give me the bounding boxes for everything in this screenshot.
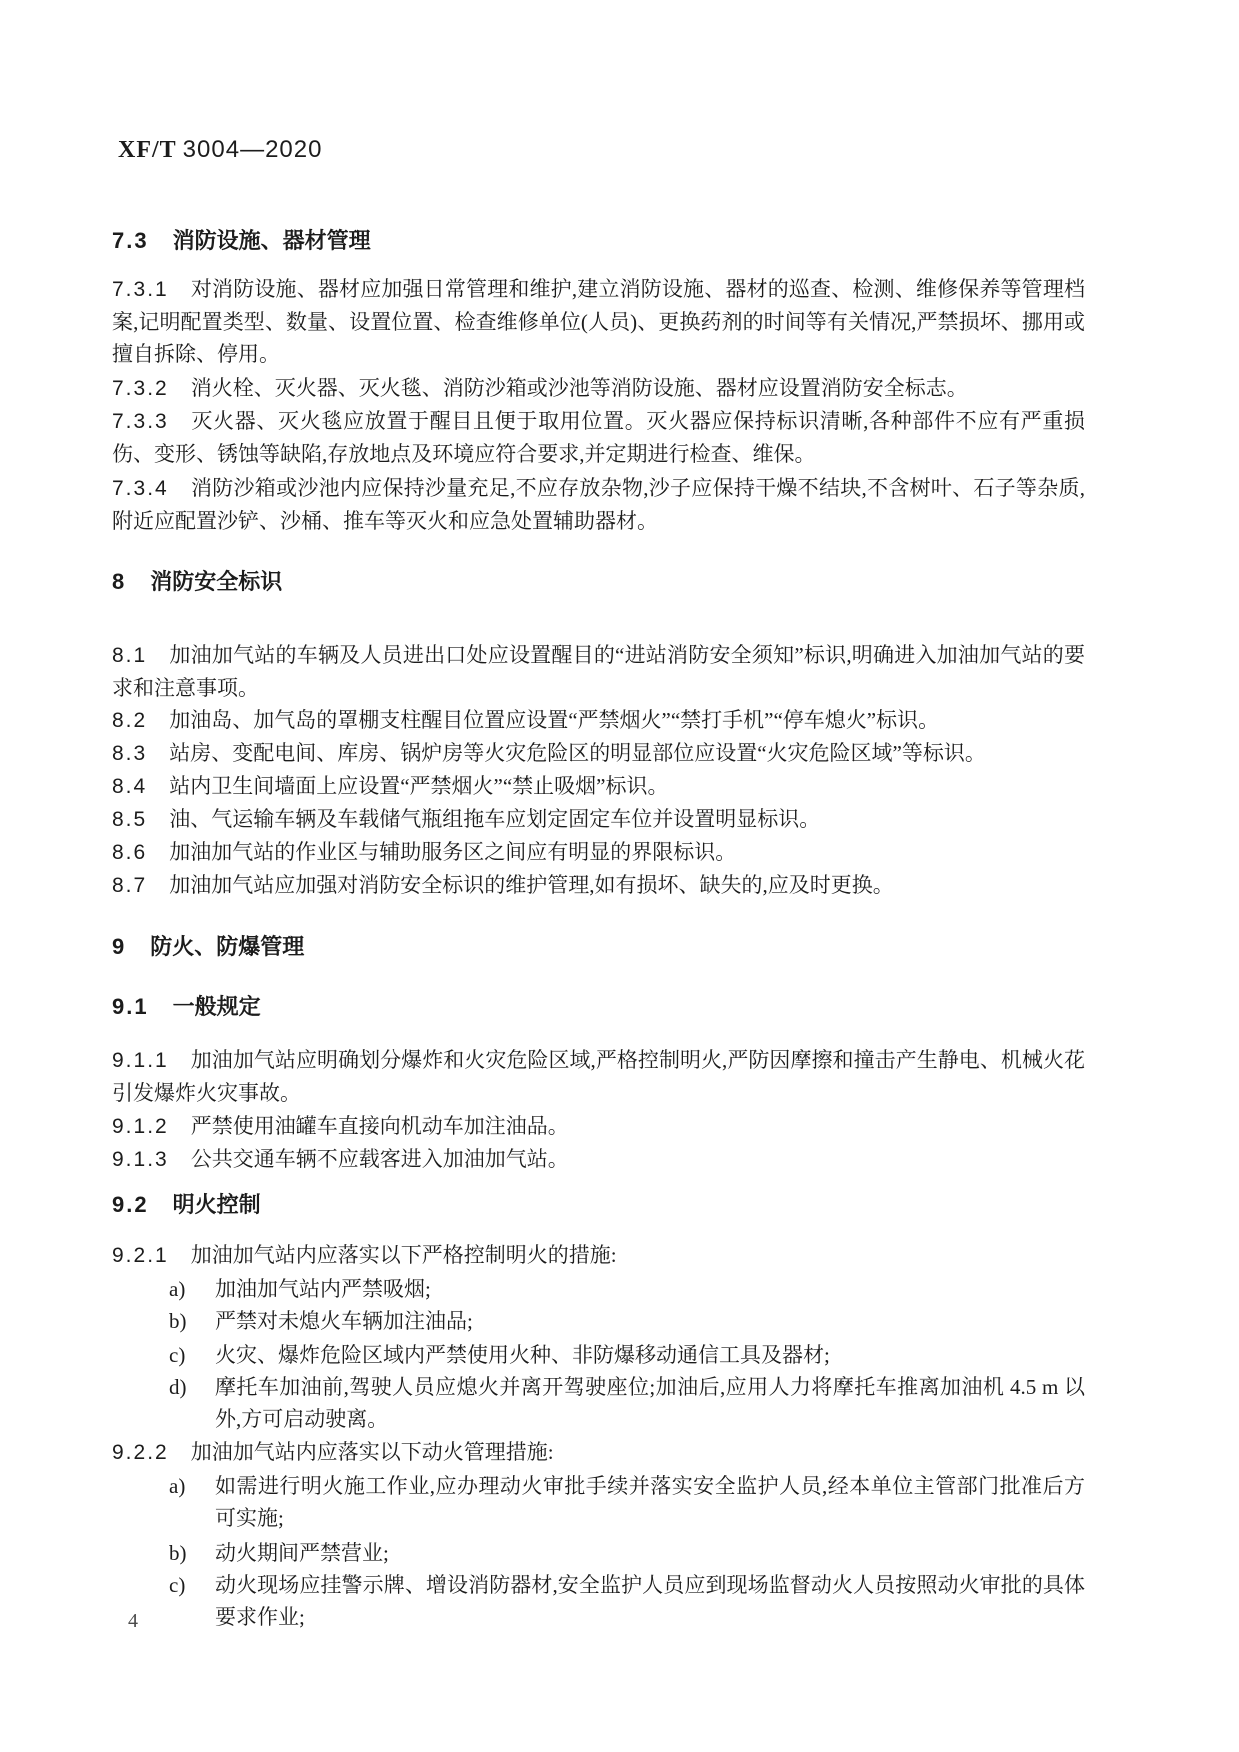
list-item-label: c) (169, 1339, 185, 1371)
clause-9-1-3: 9.1.3公共交通车辆不应载客进入加油加气站。 (112, 1143, 1085, 1176)
list-item-label: d) (169, 1371, 187, 1403)
document-body: 7.3消防设施、器材管理 7.3.1对消防设施、器材应加强日常管理和维护,建立消… (112, 0, 1085, 1633)
section-heading-8: 8消防安全标识 (112, 569, 1085, 595)
clause-number: 8.6 (112, 841, 147, 864)
clause-text: 加油岛、加气岛的罩棚支柱醒目位置应设置“严禁烟火”“禁打手机”“停车熄火”标识。 (169, 708, 939, 732)
clause-number: 9.2.1 (112, 1244, 169, 1267)
clause-9-1-1: 9.1.1加油加气站应明确划分爆炸和火灾危险区域,严格控制明火,严防因摩擦和撞击… (112, 1044, 1085, 1109)
list-item-c2: c)动火现场应挂警示牌、增设消防器材,安全监护人员应到现场监督动火人员按照动火审… (112, 1569, 1085, 1633)
list-item-text: 动火期间严禁营业; (215, 1541, 389, 1565)
clause-text: 加油加气站的作业区与辅助服务区之间应有明显的界限标识。 (169, 840, 736, 864)
section-title: 防火、防爆管理 (150, 934, 304, 959)
list-item-c: c)火灾、爆炸危险区域内严禁使用火种、非防爆移动通信工具及器材; (112, 1339, 1085, 1371)
list-item-a: a)加油加气站内严禁吸烟; (112, 1273, 1085, 1305)
clause-7-3-1: 7.3.1对消防设施、器材应加强日常管理和维护,建立消防设施、器材的巡查、检测、… (112, 273, 1085, 370)
clause-text: 加油加气站内应落实以下动火管理措施: (191, 1440, 554, 1464)
section-number: 8 (112, 569, 126, 595)
section-number: 9 (112, 934, 126, 960)
clause-text: 油、气运输车辆及车载储气瓶组拖车应划定固定车位并设置明显标识。 (169, 807, 820, 831)
subsection-heading-9-1: 9.1一般规定 (112, 994, 1085, 1020)
clause-number: 7.3.2 (112, 377, 169, 400)
clause-9-2-2: 9.2.2加油加气站内应落实以下动火管理措施: (112, 1436, 1085, 1469)
page-number: 4 (128, 1610, 138, 1633)
clause-number: 8.1 (112, 644, 147, 667)
list-item-a2: a)如需进行明火施工作业,应办理动火审批手续并落实安全监护人员,经本单位主管部门… (112, 1470, 1085, 1534)
clause-text: 消火栓、灭火器、灭火毯、消防沙箱或沙池等消防设施、器材应设置消防安全标志。 (191, 376, 968, 400)
clause-text: 加油加气站应明确划分爆炸和火灾危险区域,严格控制明火,严防因摩擦和撞击产生静电、… (112, 1048, 1085, 1105)
clause-number: 8.5 (112, 808, 147, 831)
clause-8-5: 8.5油、气运输车辆及车载储气瓶组拖车应划定固定车位并设置明显标识。 (112, 803, 1085, 836)
clause-number: 8.7 (112, 874, 147, 897)
list-item-label: b) (169, 1537, 187, 1569)
clause-8-4: 8.4站内卫生间墙面上应设置“严禁烟火”“禁止吸烟”标识。 (112, 770, 1085, 803)
section-heading-9: 9防火、防爆管理 (112, 934, 1085, 960)
clause-number: 9.2.2 (112, 1441, 169, 1464)
clause-7-3-3: 7.3.3灭火器、灭火毯应放置于醒目且便于取用位置。灭火器应保持标识清晰,各种部… (112, 405, 1085, 470)
clause-text: 加油加气站的车辆及人员进出口处应设置醒目的“进站消防安全须知”标识,明确进入加油… (112, 643, 1085, 700)
clause-number: 9.1.3 (112, 1148, 169, 1171)
list-item-d: d)摩托车加油前,驾驶人员应熄火并离开驾驶座位;加油后,应用人力将摩托车推离加油… (112, 1371, 1085, 1435)
list-item-text: 严禁对未熄火车辆加注油品; (215, 1309, 473, 1333)
clause-text: 严禁使用油罐车直接向机动车加注油品。 (191, 1114, 569, 1138)
clause-number: 8.3 (112, 742, 147, 765)
list-item-text: 加油加气站内严禁吸烟; (215, 1277, 431, 1301)
clause-8-1: 8.1加油加气站的车辆及人员进出口处应设置醒目的“进站消防安全须知”标识,明确进… (112, 639, 1085, 704)
list-item-label: b) (169, 1305, 187, 1337)
clause-text: 加油加气站内应落实以下严格控制明火的措施: (191, 1243, 617, 1267)
subsection-heading-9-2: 9.2明火控制 (112, 1192, 1085, 1218)
clause-9-2-1: 9.2.1加油加气站内应落实以下严格控制明火的措施: (112, 1239, 1085, 1272)
section-title: 消防安全标识 (150, 569, 282, 594)
document-page: XF/T 3004—2020 7.3消防设施、器材管理 7.3.1对消防设施、器… (0, 0, 1239, 1752)
clause-8-2: 8.2加油岛、加气岛的罩棚支柱醒目位置应设置“严禁烟火”“禁打手机”“停车熄火”… (112, 704, 1085, 737)
clause-text: 站内卫生间墙面上应设置“严禁烟火”“禁止吸烟”标识。 (169, 774, 668, 798)
list-item-label: c) (169, 1569, 185, 1601)
subsection-number: 9.1 (112, 994, 149, 1020)
list-item-text: 摩托车加油前,驾驶人员应熄火并离开驾驶座位;加油后,应用人力将摩托车推离加油机 … (215, 1375, 1085, 1431)
clause-number: 7.3.4 (112, 477, 169, 500)
clause-8-7: 8.7加油加气站应加强对消防安全标识的维护管理,如有损坏、缺失的,应及时更换。 (112, 869, 1085, 902)
list-item-label: a) (169, 1470, 185, 1502)
subsection-title: 消防设施、器材管理 (173, 228, 371, 253)
clause-text: 对消防设施、器材应加强日常管理和维护,建立消防设施、器材的巡查、检测、维修保养等… (112, 277, 1085, 366)
clause-number: 7.3.3 (112, 410, 169, 433)
subsection-heading-7-3: 7.3消防设施、器材管理 (112, 228, 1085, 254)
clause-number: 7.3.1 (112, 278, 169, 301)
subsection-number: 7.3 (112, 228, 149, 254)
clause-text: 消防沙箱或沙池内应保持沙量充足,不应存放杂物,沙子应保持干燥不结块,不含树叶、石… (112, 476, 1085, 533)
list-item-text: 如需进行明火施工作业,应办理动火审批手续并落实安全监护人员,经本单位主管部门批准… (215, 1474, 1085, 1530)
list-item-text: 火灾、爆炸危险区域内严禁使用火种、非防爆移动通信工具及器材; (215, 1343, 830, 1367)
clause-text: 站房、变配电间、库房、锅炉房等火灾危险区的明显部位应设置“火灾危险区域”等标识。 (169, 741, 986, 765)
list-item-label: a) (169, 1273, 185, 1305)
clause-text: 灭火器、灭火毯应放置于醒目且便于取用位置。灭火器应保持标识清晰,各种部件不应有严… (112, 409, 1085, 466)
clause-7-3-2: 7.3.2消火栓、灭火器、灭火毯、消防沙箱或沙池等消防设施、器材应设置消防安全标… (112, 372, 1085, 405)
clause-number: 9.1.2 (112, 1115, 169, 1138)
subsection-title: 明火控制 (173, 1192, 261, 1217)
clause-text: 公共交通车辆不应载客进入加油加气站。 (191, 1147, 569, 1171)
clause-8-3: 8.3站房、变配电间、库房、锅炉房等火灾危险区的明显部位应设置“火灾危险区域”等… (112, 737, 1085, 770)
list-item-b2: b)动火期间严禁营业; (112, 1537, 1085, 1569)
subsection-title: 一般规定 (173, 994, 261, 1019)
clause-7-3-4: 7.3.4消防沙箱或沙池内应保持沙量充足,不应存放杂物,沙子应保持干燥不结块,不… (112, 472, 1085, 537)
list-item-text: 动火现场应挂警示牌、增设消防器材,安全监护人员应到现场监督动火人员按照动火审批的… (215, 1573, 1085, 1629)
subsection-number: 9.2 (112, 1192, 149, 1218)
clause-8-6: 8.6加油加气站的作业区与辅助服务区之间应有明显的界限标识。 (112, 836, 1085, 869)
clause-text: 加油加气站应加强对消防安全标识的维护管理,如有损坏、缺失的,应及时更换。 (169, 873, 894, 897)
clause-number: 8.4 (112, 775, 147, 798)
list-item-b: b)严禁对未熄火车辆加注油品; (112, 1305, 1085, 1337)
clause-9-1-2: 9.1.2严禁使用油罐车直接向机动车加注油品。 (112, 1110, 1085, 1143)
clause-number: 8.2 (112, 709, 147, 732)
clause-number: 9.1.1 (112, 1049, 169, 1072)
